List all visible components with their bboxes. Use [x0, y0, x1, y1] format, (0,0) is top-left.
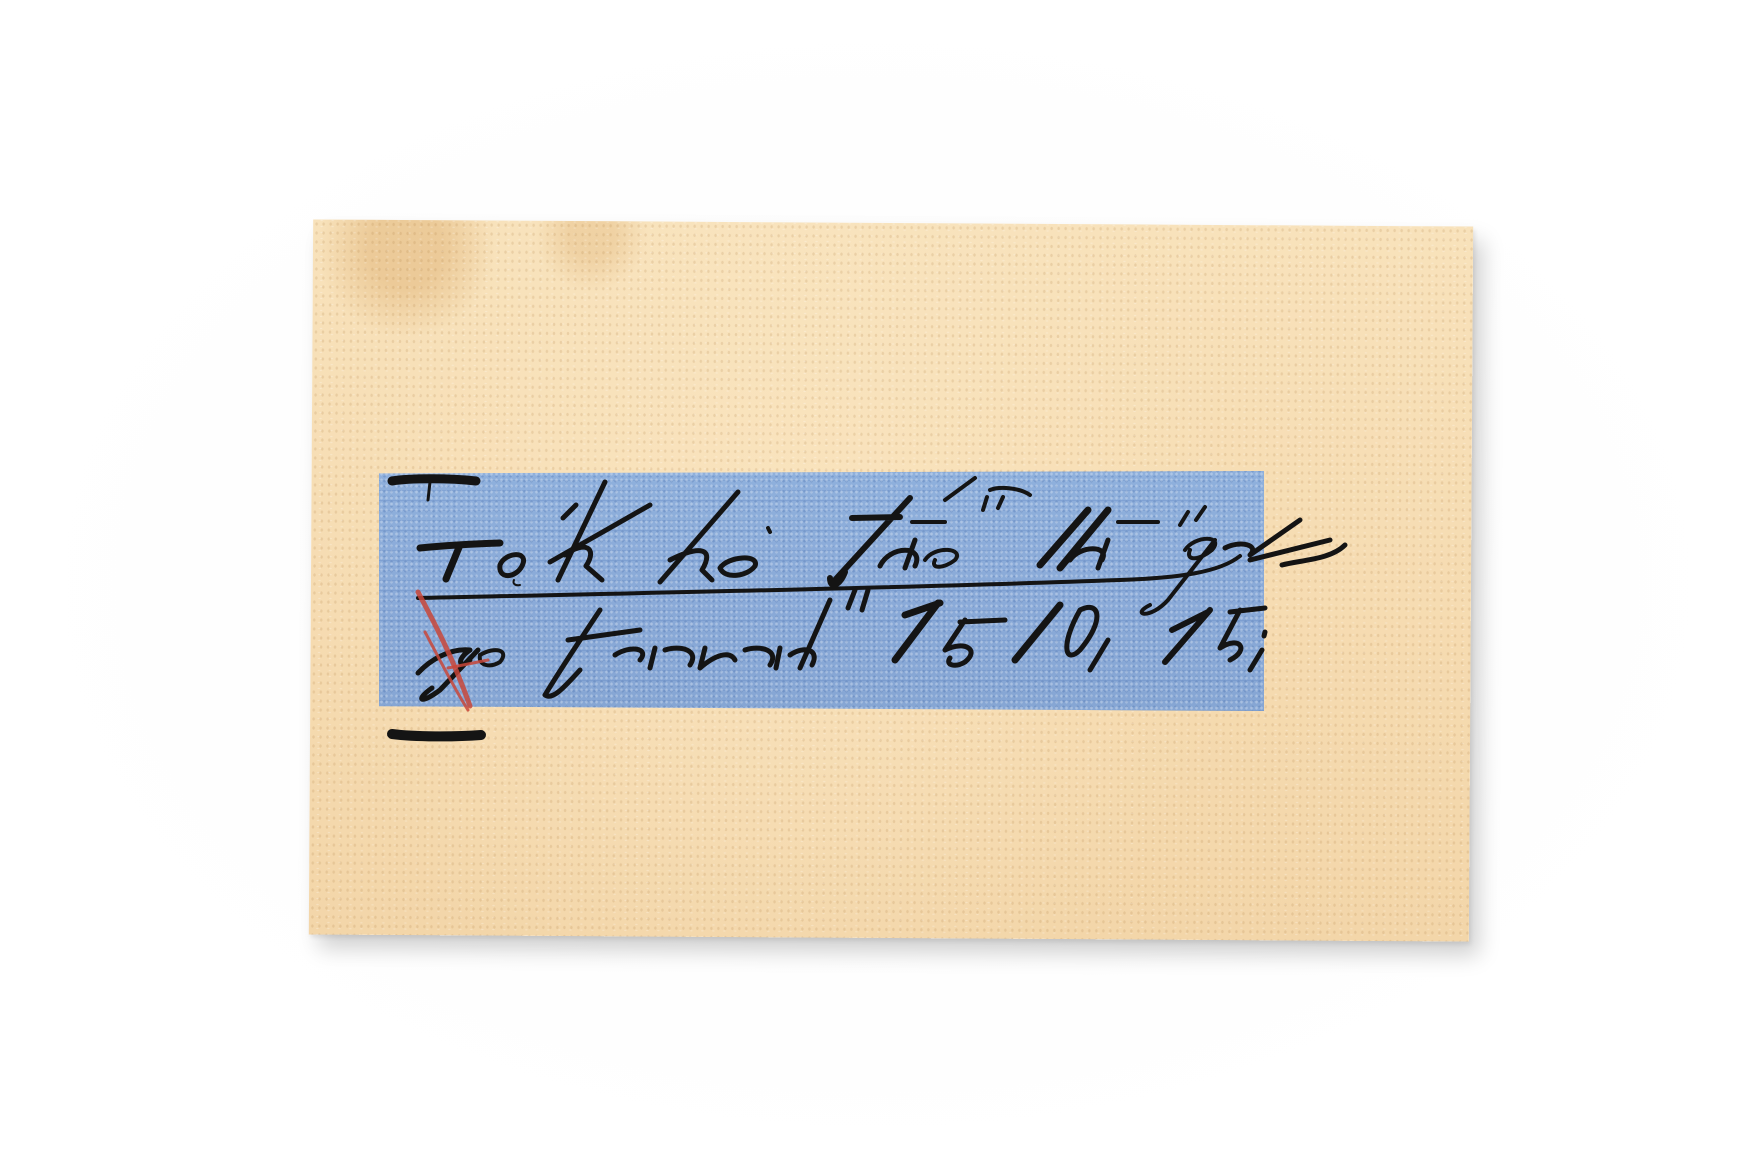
- blue-paper-slip: [379, 471, 1264, 711]
- photo-stage: tọ́ʹkhó ṭáe̍ ʹʹ llā ʹʹgathy go forward ʹ…: [0, 0, 1755, 1170]
